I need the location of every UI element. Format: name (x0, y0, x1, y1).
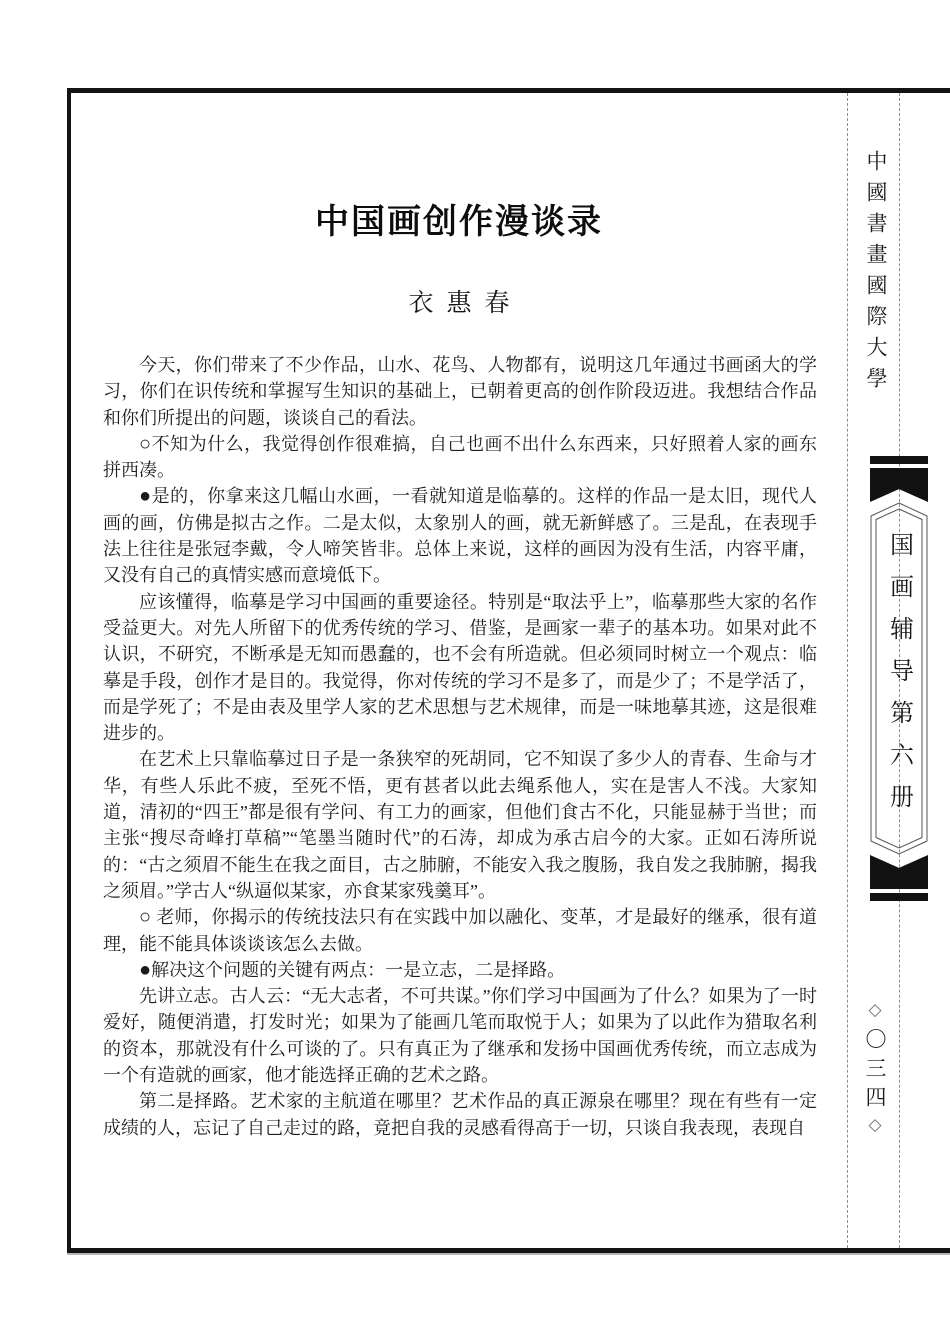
series-ribbon: 国画辅导第六册 (870, 456, 928, 901)
paragraph-text: 先讲立志。古人云：“无大志者，不可共谋。”你们学习中国画为了什么？如果为了一时爱… (103, 986, 817, 1085)
paragraph: 第二是择路。艺术家的主航道在哪里？艺术作品的真正源泉在哪里？现在有些有一定成绩的… (103, 1088, 817, 1141)
paragraph: 应该懂得，临摹是学习中国画的重要途径。特别是“取法乎上”，临摹那些大家的名作受益… (103, 589, 817, 747)
ribbon-bar-bottom (870, 893, 928, 901)
ribbon-bar-top (870, 456, 928, 464)
sidebar-university-name: 中國書畫國際大學 (861, 150, 891, 440)
hollow-circle-marker: ○ (139, 906, 151, 928)
paragraph: 先讲立志。古人云：“无大志者，不可共谋。”你们学习中国画为了什么？如果为了一时爱… (103, 983, 817, 1088)
paragraph-text: 在艺术上只靠临摹过日子是一条狭窄的死胡同，它不知误了多少人的青春、生命与才华，有… (103, 749, 817, 900)
paragraph-text: 是的，你拿来这几幅山水画，一看就知道是临摹的。这样的作品一是太旧，现代人画的画，… (103, 486, 817, 585)
ribbon-flag-bottom-icon (870, 855, 928, 889)
frame-bottom-border (67, 1248, 950, 1253)
paragraph-text: 老师，你揭示的传统技法只有在实践中加以融化、变革，才是最好的继承，很有道理，能不… (103, 907, 817, 953)
ribbon-flag-top-icon (870, 468, 928, 502)
page-number: ◇〇三四◇ (860, 1000, 890, 1140)
page-number-text: 〇三四 (863, 1028, 887, 1115)
series-label-box: 国画辅导第六册 (870, 502, 928, 855)
frame-top-border (67, 88, 950, 93)
paragraph: ○ 老师，你揭示的传统技法只有在实践中加以融化、变革，才是最好的继承，很有道理，… (103, 904, 817, 957)
paragraph-text: 解决这个问题的关键有两点：一是立志，二是择路。 (151, 960, 565, 980)
paragraph: ●是的，你拿来这几幅山水画，一看就知道是临摹的。这样的作品一是太旧，现代人画的画… (103, 483, 817, 588)
series-label-text: 国画辅导第六册 (882, 532, 917, 826)
hollow-circle-marker: ○ (139, 433, 152, 455)
book-page: 中国画创作漫谈录 衣惠春 今天，你们带来了不少作品，山水、花鸟、人物都有，说明这… (0, 0, 950, 1344)
paragraph-text: 今天，你们带来了不少作品，山水、花鸟、人物都有，说明这几年通过书画函大的学习，你… (103, 355, 817, 428)
sidebar-separator-left (847, 93, 848, 1248)
article-body: 今天，你们带来了不少作品，山水、花鸟、人物都有，说明这几年通过书画函大的学习，你… (103, 352, 817, 1141)
diamond-icon: ◇ (866, 1115, 885, 1143)
frame-left-border (67, 88, 71, 1253)
paragraph-text: 应该懂得，临摹是学习中国画的重要途径。特别是“取法乎上”，临摹那些大家的名作受益… (103, 592, 817, 743)
filled-circle-marker: ● (139, 959, 151, 981)
paragraph: 今天，你们带来了不少作品，山水、花鸟、人物都有，说明这几年通过书画函大的学习，你… (103, 352, 817, 431)
filled-circle-marker: ● (139, 485, 152, 507)
paragraph: 在艺术上只靠临摹过日子是一条狭窄的死胡同，它不知误了多少人的青春、生命与才华，有… (103, 746, 817, 904)
series-label: 国画辅导第六册 (870, 502, 928, 855)
article-author: 衣惠春 (71, 283, 847, 319)
paragraph: ○不知为什么，我觉得创作很难搞，自己也画不出什么东西来，只好照着人家的画东拼西凑… (103, 431, 817, 484)
paragraph: ●解决这个问题的关键有两点：一是立志，二是择路。 (103, 957, 817, 983)
diamond-icon: ◇ (866, 1000, 885, 1028)
paragraph-text: 不知为什么，我觉得创作很难搞，自己也画不出什么东西来，只好照着人家的画东拼西凑。 (103, 434, 817, 480)
paragraph-text: 第二是择路。艺术家的主航道在哪里？艺术作品的真正源泉在哪里？现在有些有一定成绩的… (103, 1091, 817, 1137)
article-title: 中国画创作漫谈录 (71, 194, 847, 243)
